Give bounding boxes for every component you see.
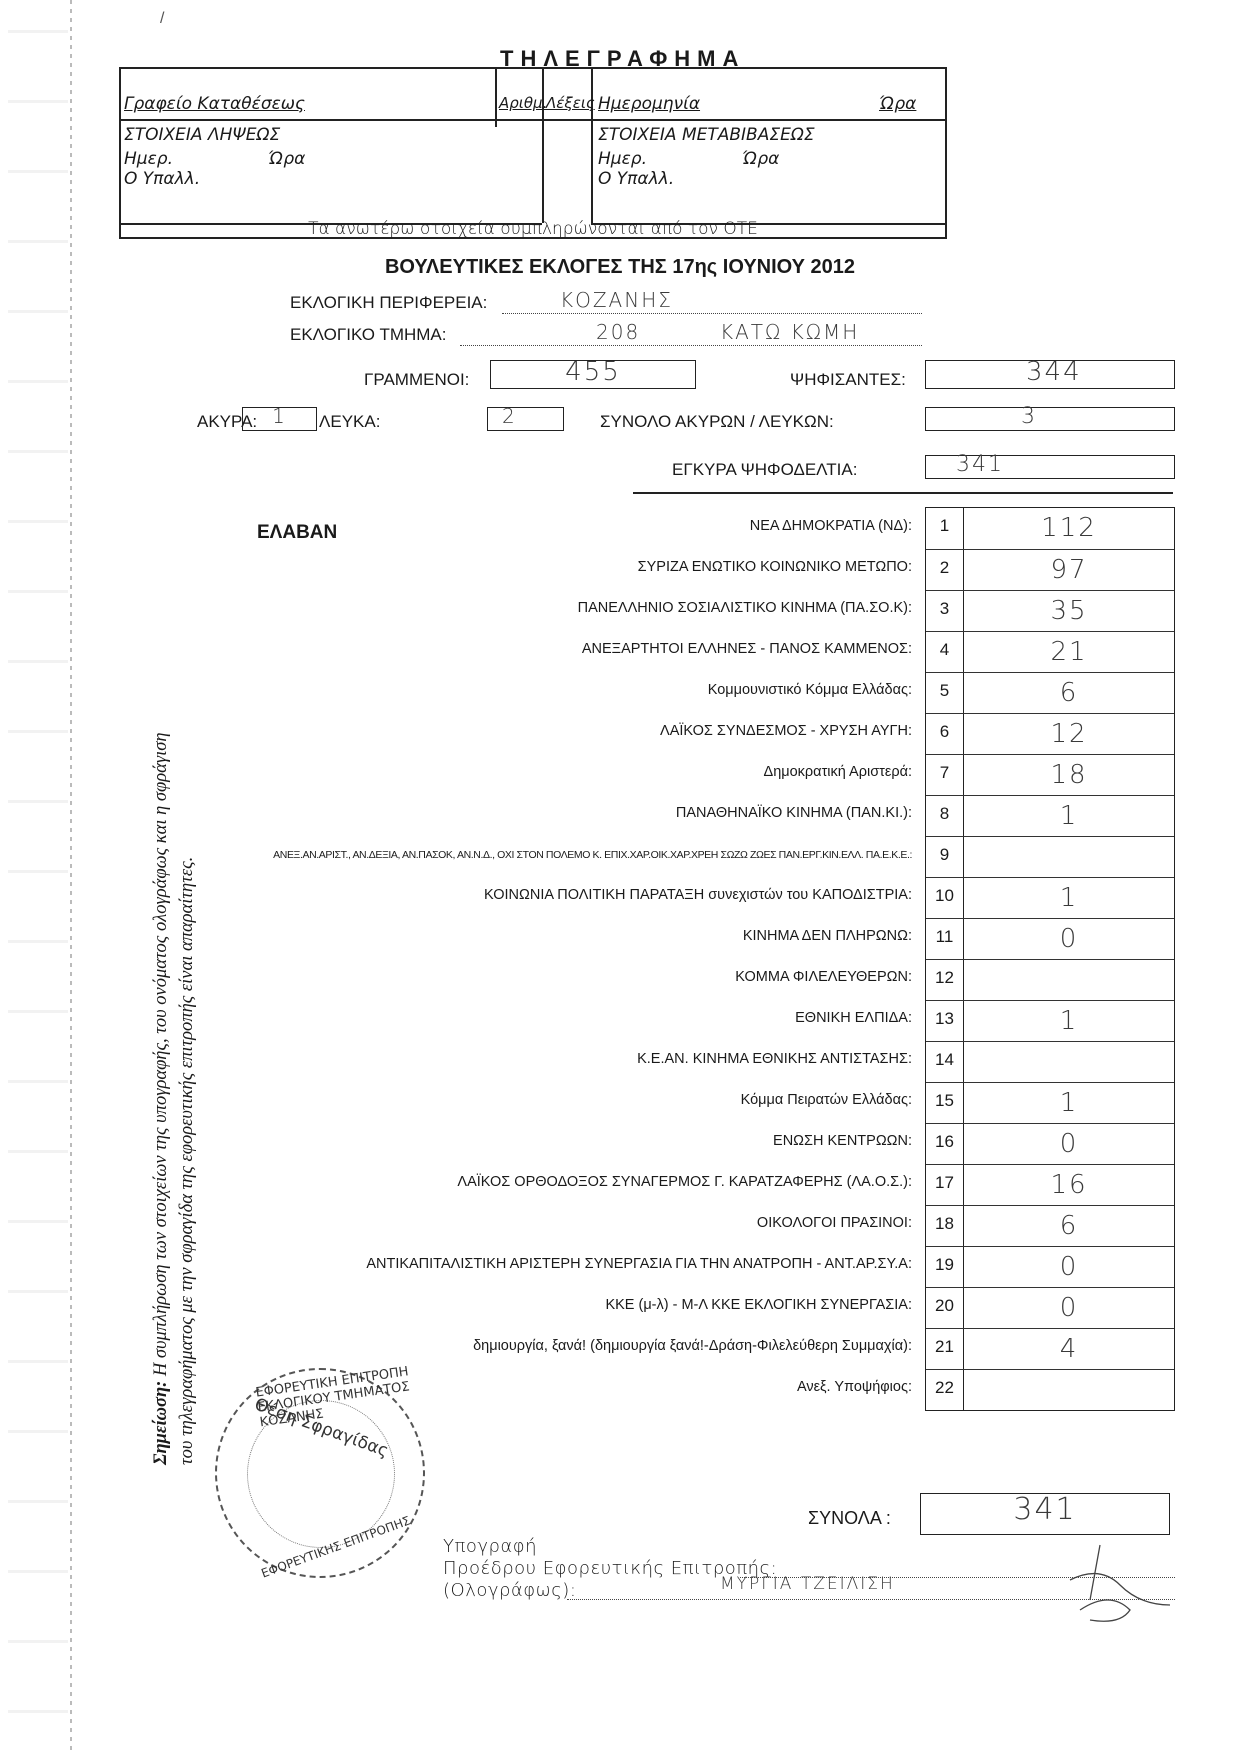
table-row: 190 (926, 1246, 1174, 1287)
party-label: δημιουργία, ξανά! (δημιουργία ξανά!-Δράσ… (473, 1338, 912, 1354)
official-stamp: ΕΦΟΡΕΥΤΙΚΗ ΕΠΙΤΡΟΠΗ ΕΚΛΟΓΙΚΟΥ ΤΜΗΜΑΤΟΣ Κ… (215, 1368, 425, 1578)
fullname-label: (Ολογράφως): (443, 1580, 576, 1601)
table-row: 1112 (926, 508, 1174, 549)
table-row: 200 (926, 1287, 1174, 1328)
party-label: ΛΑΪΚΟΣ ΣΥΝΔΕΣΜΟΣ - ΧΡΥΣΗ ΑΥΓΗ: (660, 723, 912, 739)
divider (121, 119, 945, 121)
totals-field[interactable]: 341 (920, 1493, 1170, 1535)
party-label: ΟΙΚΟΛΟΓΟΙ ΠΡΑΣΙΝΟΙ: (757, 1215, 912, 1231)
party-label: Ανεξ. Υποψήφιος: (797, 1379, 912, 1395)
registered-field[interactable]: 455 (490, 360, 696, 389)
table-row: 81 (926, 795, 1174, 836)
party-label: ΣΥΡΙΖΑ ΕΝΩΤΙΚΟ ΚΟΙΝΩΝΙΚΟ ΜΕΤΩΠΟ: (638, 559, 912, 575)
signature-label: Υπογραφή (443, 1536, 537, 1557)
voted-field[interactable]: 344 (925, 360, 1175, 389)
votes-field[interactable] (964, 960, 1174, 1000)
party-label: Κομμουνιστικό Κόμμα Ελλάδας: (708, 682, 912, 698)
party-label: ΠΑΝΑΘΗΝΑΪΚΟ ΚΙΝΗΜΑ (ΠΑΝ.ΚΙ.): (676, 805, 912, 821)
votes-field[interactable]: 6 (964, 673, 1174, 713)
table-row: 101 (926, 877, 1174, 918)
date-label: Ημερομηνία (598, 94, 700, 114)
party-label: ΚΙΝΗΜΑ ΔΕΝ ΠΛΗΡΩΝΩ: (743, 928, 912, 944)
table-row: 297 (926, 549, 1174, 590)
votes-field[interactable]: 18 (964, 755, 1174, 795)
invalid-field[interactable]: 1 (242, 407, 317, 431)
section-number-value[interactable]: 208 (596, 320, 640, 344)
party-label: ΚΟΜΜΑ ΦΙΛΕΛΕΥΘΕΡΩΝ: (735, 969, 912, 985)
receipt-date-label: Ημερ. (124, 149, 173, 169)
table-row: 14 (926, 1041, 1174, 1082)
section-dotline (460, 345, 922, 346)
party-label: Κ.Ε.ΑΝ. ΚΙΝΗΜΑ ΕΘΝΙΚΗΣ ΑΝΤΙΣΤΑΣΗΣ: (637, 1051, 912, 1067)
transmission-section-title: ΣΤΟΙΧΕΙΑ ΜΕΤΑΒΙΒΑΣΕΩΣ (598, 125, 815, 145)
valid-label: ΕΓΚΥΡΑ ΨΗΦΟΔΕΛΤΙΑ: (672, 460, 857, 480)
table-row: 9 (926, 836, 1174, 877)
results-table: 1112 297 335 421 56 612 718 81 9 101 110… (925, 507, 1175, 1411)
district-value[interactable]: ΚΟΖΑΝΗΣ (560, 288, 673, 312)
side-note: Σημείωση: Η συμπλήρωση των στοιχείων της… (148, 465, 200, 1465)
votes-field[interactable]: 1 (964, 796, 1174, 836)
receipt-section-title: ΣΤΟΙΧΕΙΑ ΛΗΨΕΩΣ (124, 125, 280, 145)
party-label: ΚΚΕ (μ-λ) - Μ-Λ ΚΚΕ ΕΚΛΟΓΙΚΗ ΣΥΝΕΡΓΑΣΙΑ: (605, 1297, 912, 1313)
votes-field[interactable]: 1 (964, 1001, 1174, 1041)
party-label: ΕΘΝΙΚΗ ΕΛΠΙΔΑ: (795, 1010, 912, 1026)
district-dotline (502, 313, 922, 314)
votes-field[interactable] (964, 1042, 1174, 1082)
votes-field[interactable]: 6 (964, 1206, 1174, 1246)
election-title: ΒΟΥΛΕΥΤΙΚΕΣ ΕΚΛΟΓΕΣ ΤΗΣ 17ης ΙΟΥΝΙΟΥ 201… (0, 256, 1240, 279)
table-row: 131 (926, 1000, 1174, 1041)
signature-scribble-icon (1060, 1540, 1180, 1630)
table-row: 421 (926, 631, 1174, 672)
voted-label: ΨΗΦΙΣΑΝΤΕΣ: (790, 370, 906, 390)
votes-field[interactable]: 16 (964, 1165, 1174, 1205)
votes-field[interactable]: 1 (964, 878, 1174, 918)
blank-field[interactable]: 2 (487, 407, 564, 431)
district-label: ΕΚΛΟΓΙΚΗ ΠΕΡΙΦΕΡΕΙΑ: (290, 293, 487, 313)
party-label: ΑΝΕΞΑΡΤΗΤΟΙ ΕΛΛΗΝΕΣ - ΠΑΝΟΣ ΚΑΜΜΕΝΟΣ: (582, 641, 912, 657)
transmission-clerk-label: Ο Υπαλλ. (598, 169, 674, 189)
deposit-office-label: Γραφείο Καταθέσεως (124, 94, 305, 114)
table-row: 22 (926, 1369, 1174, 1410)
party-label: ΕΝΩΣΗ ΚΕΝΤΡΩΩΝ: (773, 1133, 912, 1149)
votes-field[interactable]: 21 (964, 632, 1174, 672)
party-label: ΑΝΕΞ.ΑΝ.ΑΡΙΣΤ., ΑΝ.ΔΕΞΙΑ, ΑΝ.ΠΑΣΟΚ, ΑΝ.Ν… (273, 849, 912, 861)
table-row: 56 (926, 672, 1174, 713)
table-row: 151 (926, 1082, 1174, 1123)
votes-field[interactable]: 97 (964, 550, 1174, 590)
registered-label: ΓΡΑΜΜΕΝΟΙ: (364, 370, 469, 390)
totals-label: ΣΥΝΟΛΑ : (808, 1508, 891, 1529)
party-label: Δημοκρατική Αριστερά: (764, 764, 912, 780)
president-name-value[interactable]: ΜΥΡΓΙΑ ΤΖΕΙΛΙΣΗ (720, 1574, 895, 1594)
section-label: ΕΚΛΟΓΙΚΟ ΤΜΗΜΑ: (290, 325, 447, 345)
results-heading: ΕΛΑΒΑΝ (257, 522, 337, 544)
side-note-label: Σημείωση: (151, 1381, 171, 1465)
time-label: Ώρα (879, 94, 916, 114)
table-row: 160 (926, 1123, 1174, 1164)
separator-line (633, 492, 1173, 494)
votes-field[interactable] (964, 837, 1174, 877)
receipt-time-label: Ώρα (268, 149, 305, 169)
transmission-time-label: Ώρα (742, 149, 779, 169)
blank-label: ΛΕΥΚΑ: (319, 412, 380, 432)
words-label: Λέξεις (546, 94, 595, 112)
votes-field[interactable]: 0 (964, 1247, 1174, 1287)
transmission-date-label: Ημερ. (598, 149, 647, 169)
party-label: ΑΝΤΙΚΑΠΙΤΑΛΙΣΤΙΚΗ ΑΡΙΣΤΕΡΗ ΣΥΝΕΡΓΑΣΙΑ ΓΙ… (366, 1256, 912, 1272)
divider (542, 69, 544, 223)
table-row: 110 (926, 918, 1174, 959)
receipt-clerk-label: Ο Υπαλλ. (124, 169, 200, 189)
valid-field[interactable]: 341 (925, 455, 1175, 479)
votes-field[interactable]: 12 (964, 714, 1174, 754)
party-label: ΚΟΙΝΩΝΙΑ ΠΟΛΙΤΙΚΗ ΠΑΡΑΤΑΞΗ συνεχιστών το… (484, 887, 912, 903)
table-row: 1716 (926, 1164, 1174, 1205)
table-row: 335 (926, 590, 1174, 631)
party-label: ΝΕΑ ΔΗΜΟΚΡΑΤΙΑ (ΝΔ): (750, 518, 912, 534)
number-label: Αριθμ. (499, 94, 547, 112)
table-row: 214 (926, 1328, 1174, 1369)
votes-field[interactable]: 112 (964, 508, 1174, 549)
votes-field[interactable]: 0 (964, 1124, 1174, 1164)
table-row: 12 (926, 959, 1174, 1000)
votes-field[interactable]: 35 (964, 591, 1174, 631)
votes-field[interactable]: 4 (964, 1329, 1174, 1369)
party-label: Κόμμα Πειρατών Ελλάδας: (741, 1092, 912, 1108)
votes-field[interactable] (964, 1370, 1174, 1410)
side-note-line2: του τηλεγραφήματος με την σφραγίδα της ε… (174, 465, 200, 1465)
votes-field[interactable]: 1 (964, 1083, 1174, 1123)
ote-note: Τα ανωτέρω στοιχεία συμπληρώνονται από τ… (121, 219, 945, 239)
side-note-line1: Η συμπλήρωση των στοιχείων της υπογραφής… (151, 732, 171, 1376)
section-place-value[interactable]: ΚΑΤΩ ΚΩΜΗ (720, 320, 859, 344)
table-row: 186 (926, 1205, 1174, 1246)
party-label: ΠΑΝΕΛΛΗΝΙΟ ΣΟΣΙΑΛΙΣΤΙΚΟ ΚΙΝΗΜΑ (ΠΑ.ΣΟ.Κ)… (578, 600, 912, 616)
divider (591, 69, 593, 223)
votes-field[interactable]: 0 (964, 919, 1174, 959)
votes-field[interactable]: 0 (964, 1288, 1174, 1328)
table-row: 612 (926, 713, 1174, 754)
pen-mark: / (160, 10, 164, 28)
party-label: ΛΑΪΚΟΣ ΟΡΘΟΔΟΞΟΣ ΣΥΝΑΓΕΡΜΟΣ Γ. ΚΑΡΑΤΖΑΦΕ… (457, 1174, 912, 1190)
invalid-blank-total-label: ΣΥΝΟΛΟ ΑΚΥΡΩΝ / ΛΕΥΚΩΝ: (600, 412, 834, 432)
table-row: 718 (926, 754, 1174, 795)
invalid-blank-total-field[interactable]: 3 (925, 407, 1175, 431)
telegram-header-box: Γραφείο Καταθέσεως Αριθμ. Λέξεις Ημερομη… (119, 67, 947, 239)
